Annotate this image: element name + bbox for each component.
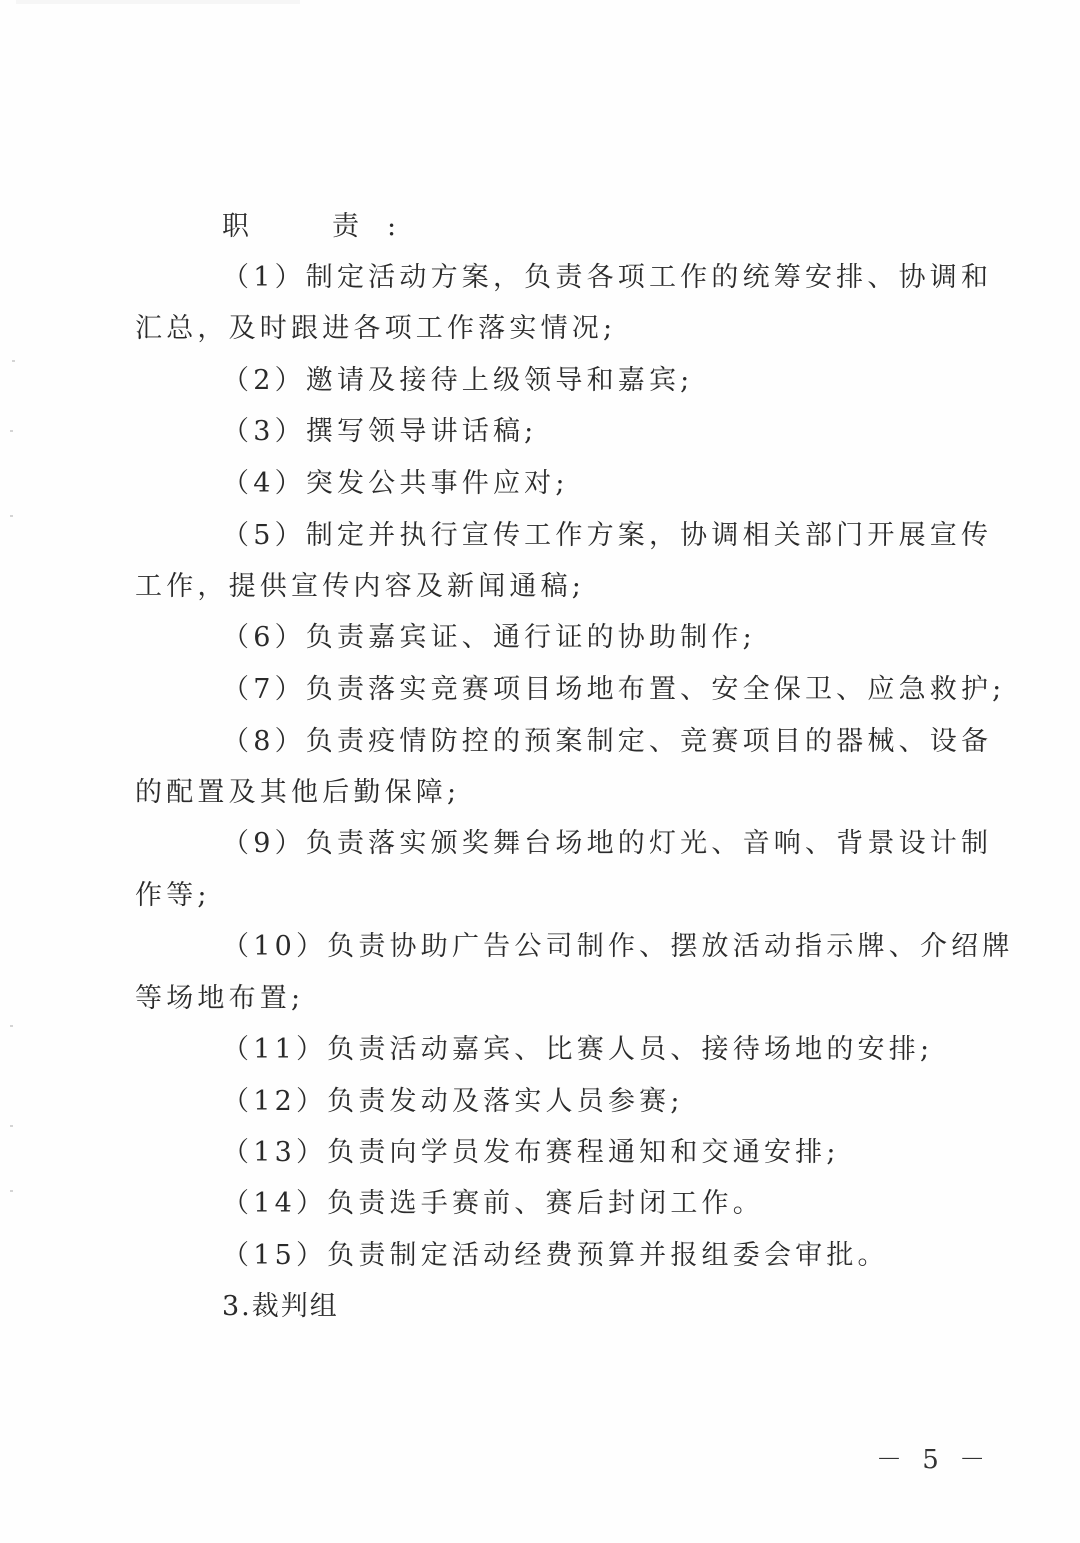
item-9-line-1: （9）负责落实颁奖舞台场地的灯光、音响、背景设计制 (222, 827, 1032, 861)
item-1-line-2: 汇总，及时跟进各项工作落实情况; (135, 312, 945, 346)
scan-speck (12, 360, 15, 362)
item-9-line-2: 作等; (135, 879, 945, 913)
scan-speck (10, 1025, 13, 1027)
item-11: （11）负责活动嘉宾、比赛人员、接待场地的安排; (222, 1033, 1032, 1067)
item-3: （3）撰写领导讲话稿; (222, 415, 1032, 449)
scan-speck (10, 1190, 13, 1192)
item-13: （13）负责向学员发布赛程通知和交通安排; (222, 1136, 1032, 1170)
item-8-line-1: （8）负责疫情防控的预案制定、竞赛项目的器械、设备 (222, 725, 1032, 759)
item-4: （4）突发公共事件应对; (222, 467, 1032, 501)
scan-speck (10, 515, 13, 517)
item-8-line-2: 的配置及其他后勤保障; (135, 776, 945, 810)
item-14: （14）负责选手赛前、赛后封闭工作。 (222, 1187, 1032, 1221)
item-10-line-1: （10）负责协助广告公司制作、摆放活动指示牌、介绍牌 (222, 930, 1032, 964)
page-top-edge (16, 0, 300, 4)
scan-speck (10, 430, 13, 432)
item-5-line-2: 工作，提供宣传内容及新闻通稿; (135, 570, 945, 604)
document-page: 职 责: （1）制定活动方案，负责各项工作的统筹安排、协调和 汇总，及时跟进各项… (0, 0, 1080, 1543)
duties-heading: 职 责: (222, 210, 1032, 244)
item-7: （7）负责落实竞赛项目场地布置、安全保卫、应急救护; (222, 673, 1032, 707)
item-5-line-1: （5）制定并执行宣传工作方案，协调相关部门开展宣传 (222, 519, 1032, 553)
item-1-line-1: （1）制定活动方案，负责各项工作的统筹安排、协调和 (222, 261, 1032, 295)
item-2: （2）邀请及接待上级领导和嘉宾; (222, 364, 1032, 398)
item-10-line-2: 等场地布置; (135, 982, 945, 1016)
section-heading-referee-group: 3.裁判组 (222, 1290, 1032, 1324)
scan-speck (10, 1125, 13, 1127)
page-number: － 5 － (876, 1443, 991, 1477)
item-12: （12）负责发动及落实人员参赛; (222, 1085, 1032, 1119)
item-6: （6）负责嘉宾证、通行证的协助制作; (222, 621, 1032, 655)
item-15: （15）负责制定活动经费预算并报组委会审批。 (222, 1239, 1032, 1273)
